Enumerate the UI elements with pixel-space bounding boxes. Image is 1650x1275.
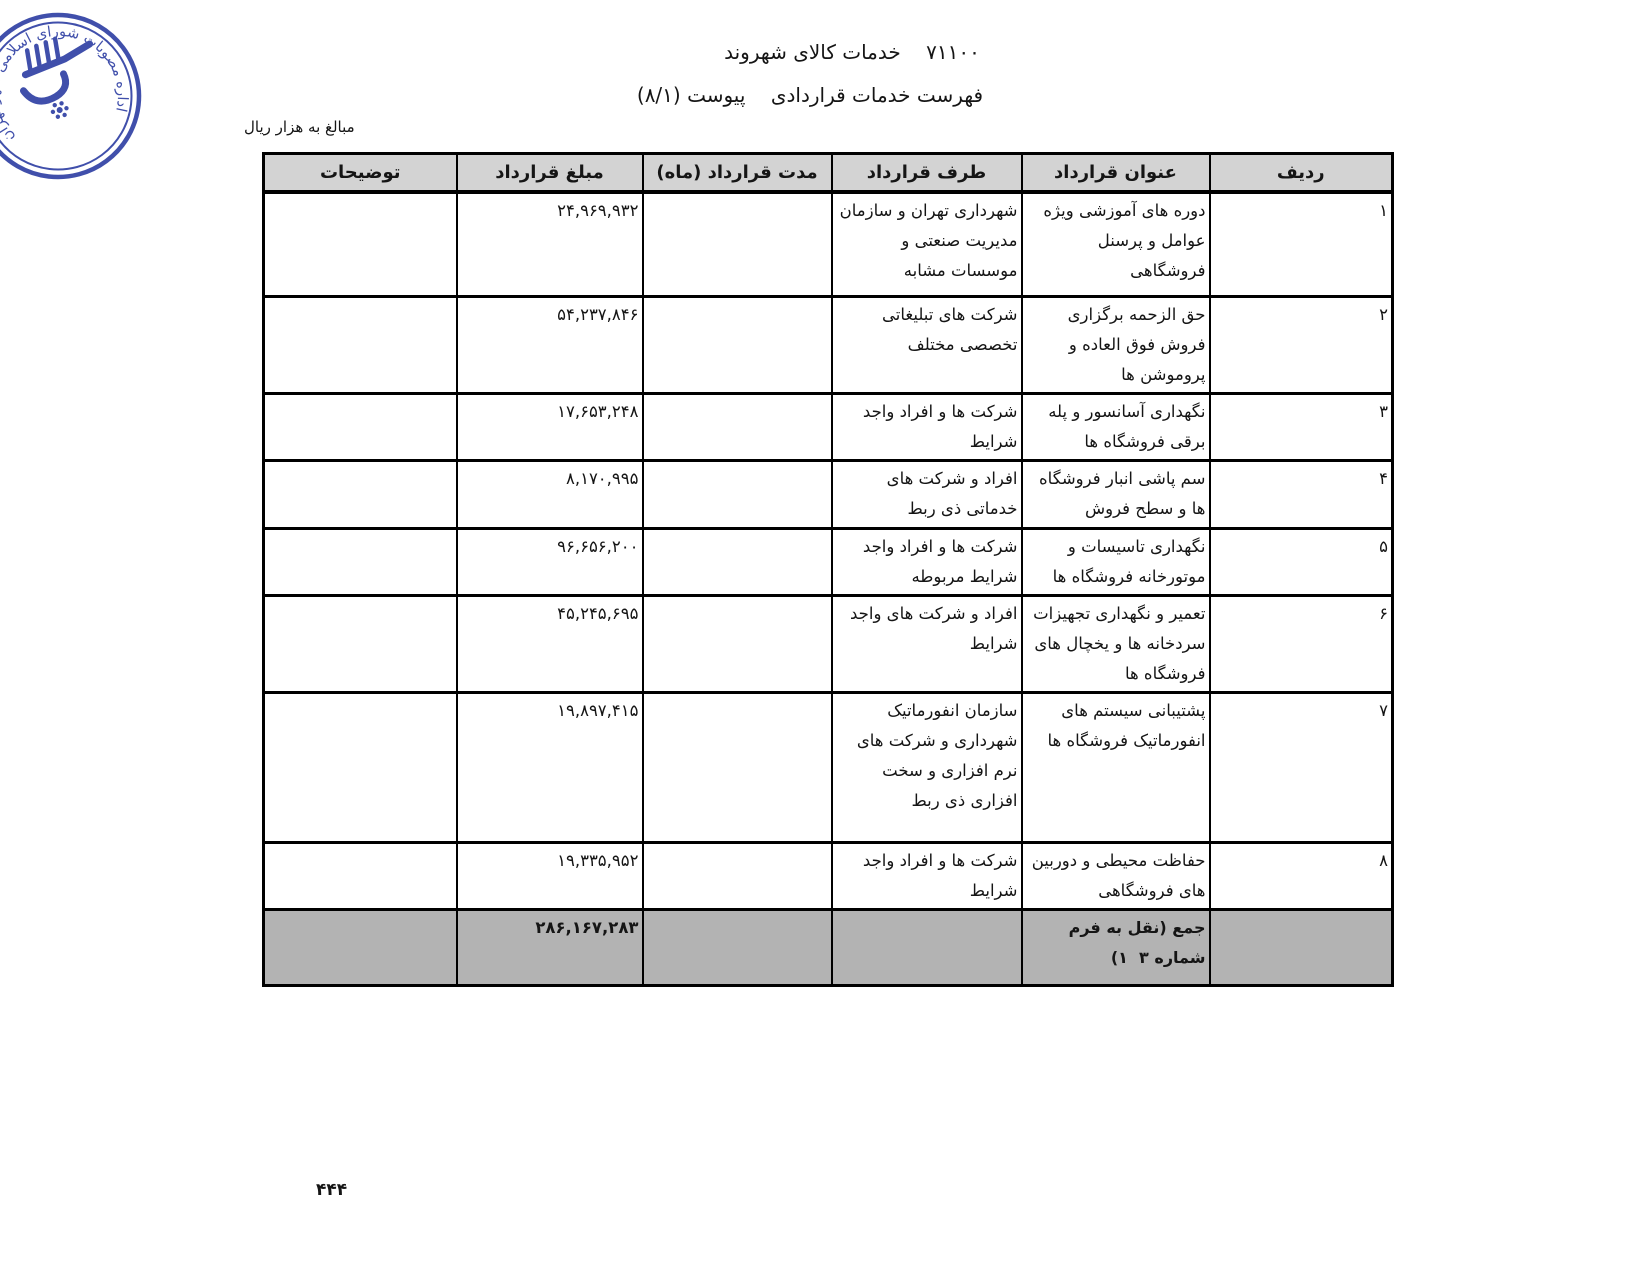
contract-duration-cell bbox=[643, 528, 832, 595]
table-row: ۳ نگهداری آسانسور و پله برقی فروشگاه ها … bbox=[264, 393, 1393, 460]
contract-notes-cell bbox=[264, 192, 457, 296]
amounts-unit-note: مبالغ به هزار ریال bbox=[244, 118, 355, 136]
document-code-title: ۷۱۱۰۰ خدمات کالای شهروند bbox=[287, 40, 1417, 64]
contract-duration-cell bbox=[643, 909, 832, 985]
stamp-flower-icon bbox=[49, 100, 71, 121]
contract-amount-cell: ۴۵,۲۴۵,۶۹۵ bbox=[457, 595, 643, 692]
table-row: ۶ تعمیر و نگهداری تجهیزات سردخانه ها و ی… bbox=[264, 595, 1393, 692]
document-subtitle: فهرست خدمات قراردادی پیوست (۸/۱) bbox=[240, 83, 1380, 107]
col-header-party: طرف قرارداد bbox=[832, 154, 1022, 193]
col-header-amount: مبلغ قرارداد bbox=[457, 154, 643, 193]
row-number-cell: ۶ bbox=[1210, 595, 1393, 692]
contract-title-cell: سم پاشی انبار فروشگاه ها و سطح فروش bbox=[1022, 460, 1210, 528]
contract-party-cell: شرکت ها و افراد واجد شرایط bbox=[832, 393, 1022, 460]
contract-duration-cell bbox=[643, 692, 832, 842]
contract-duration-cell bbox=[643, 192, 832, 296]
contract-amount-cell: ۸,۱۷۰,۹۹۵ bbox=[457, 460, 643, 528]
col-header-title: عنوان قرارداد bbox=[1022, 154, 1210, 193]
row-number-cell: ۸ bbox=[1210, 842, 1393, 909]
contract-title-cell: دوره های آموزشی ویژه عوامل و پرسنل فروشگ… bbox=[1022, 192, 1210, 296]
total-amount-cell: ۲۸۶,۱۶۷,۲۸۳ bbox=[457, 909, 643, 985]
row-number-cell: ۲ bbox=[1210, 296, 1393, 393]
contract-party-cell: شرکت های تبلیغاتی تخصصی مختلف bbox=[832, 296, 1022, 393]
table-row: ۵ نگهداری تاسیسات و موتورخانه فروشگاه ها… bbox=[264, 528, 1393, 595]
table-header-row: ردیف عنوان قرارداد طرف قرارداد مدت قرارد… bbox=[264, 154, 1393, 193]
row-number-cell: ۴ bbox=[1210, 460, 1393, 528]
col-header-duration: مدت قرارداد (ماه) bbox=[643, 154, 832, 193]
contract-title-cell: تعمیر و نگهداری تجهیزات سردخانه ها و یخچ… bbox=[1022, 595, 1210, 692]
document-page: اداره مصوبات شورای اسلامی شهر تهران ۷۱۱۰… bbox=[0, 0, 1650, 1275]
contract-party-cell: شرکت ها و افراد واجد شرایط مربوطه bbox=[832, 528, 1022, 595]
contract-duration-cell bbox=[643, 595, 832, 692]
contract-party-cell: شهرداری تهران و سازمان مدیریت صنعتی و مو… bbox=[832, 192, 1022, 296]
contract-amount-cell: ۲۴,۹۶۹,۹۳۲ bbox=[457, 192, 643, 296]
table-row: ۸ حفاظت محیطی و دوربین های فروشگاهی شرکت… bbox=[264, 842, 1393, 909]
contract-amount-cell: ۱۹,۸۹۷,۴۱۵ bbox=[457, 692, 643, 842]
contract-notes-cell bbox=[264, 393, 457, 460]
total-label-cell: جمع (نقل به فرم شماره ۳ ۱) bbox=[1022, 909, 1210, 985]
contract-notes-cell bbox=[264, 909, 457, 985]
contracts-table: ردیف عنوان قرارداد طرف قرارداد مدت قرارد… bbox=[262, 152, 1394, 987]
contract-party-cell bbox=[832, 909, 1022, 985]
page-number: ۴۴۴ bbox=[316, 1180, 347, 1200]
contract-duration-cell bbox=[643, 393, 832, 460]
contract-party-cell: شرکت ها و افراد واجد شرایط bbox=[832, 842, 1022, 909]
col-header-row-no: ردیف bbox=[1210, 154, 1393, 193]
contract-notes-cell bbox=[264, 595, 457, 692]
row-number-cell bbox=[1210, 909, 1393, 985]
row-number-cell: ۷ bbox=[1210, 692, 1393, 842]
contract-duration-cell bbox=[643, 296, 832, 393]
row-number-cell: ۵ bbox=[1210, 528, 1393, 595]
contract-duration-cell bbox=[643, 460, 832, 528]
contract-title-cell: نگهداری آسانسور و پله برقی فروشگاه ها bbox=[1022, 393, 1210, 460]
contract-notes-cell bbox=[264, 296, 457, 393]
row-number-cell: ۱ bbox=[1210, 192, 1393, 296]
contract-title-cell: حق الزحمه برگزاری فروش فوق العاده و پروم… bbox=[1022, 296, 1210, 393]
table-row: ۷ پشتیبانی سیستم های انفورماتیک فروشگاه … bbox=[264, 692, 1393, 842]
col-header-notes: توضیحات bbox=[264, 154, 457, 193]
contract-duration-cell bbox=[643, 842, 832, 909]
contract-party-cell: سازمان انفورماتیک شهرداری و شرکت های نرم… bbox=[832, 692, 1022, 842]
contract-amount-cell: ۵۴,۲۳۷,۸۴۶ bbox=[457, 296, 643, 393]
contract-notes-cell bbox=[264, 528, 457, 595]
table-row: ۴ سم پاشی انبار فروشگاه ها و سطح فروش اف… bbox=[264, 460, 1393, 528]
contract-title-cell: پشتیبانی سیستم های انفورماتیک فروشگاه ها bbox=[1022, 692, 1210, 842]
contract-notes-cell bbox=[264, 692, 457, 842]
contract-notes-cell bbox=[264, 842, 457, 909]
total-row: جمع (نقل به فرم شماره ۳ ۱) ۲۸۶,۱۶۷,۲۸۳ bbox=[264, 909, 1393, 985]
council-stamp: اداره مصوبات شورای اسلامی شهر تهران bbox=[0, 2, 164, 192]
contract-title-cell: نگهداری تاسیسات و موتورخانه فروشگاه ها bbox=[1022, 528, 1210, 595]
table-row: ۱ دوره های آموزشی ویژه عوامل و پرسنل فرو… bbox=[264, 192, 1393, 296]
contract-amount-cell: ۱۷,۶۵۳,۲۴۸ bbox=[457, 393, 643, 460]
contract-amount-cell: ۱۹,۳۳۵,۹۵۲ bbox=[457, 842, 643, 909]
row-number-cell: ۳ bbox=[1210, 393, 1393, 460]
table-row: ۲ حق الزحمه برگزاری فروش فوق العاده و پر… bbox=[264, 296, 1393, 393]
contract-title-cell: حفاظت محیطی و دوربین های فروشگاهی bbox=[1022, 842, 1210, 909]
contract-notes-cell bbox=[264, 460, 457, 528]
contract-party-cell: افراد و شرکت های خدماتی ذی ربط bbox=[832, 460, 1022, 528]
contract-party-cell: افراد و شرکت های واجد شرایط bbox=[832, 595, 1022, 692]
contract-amount-cell: ۹۶,۶۵۶,۲۰۰ bbox=[457, 528, 643, 595]
